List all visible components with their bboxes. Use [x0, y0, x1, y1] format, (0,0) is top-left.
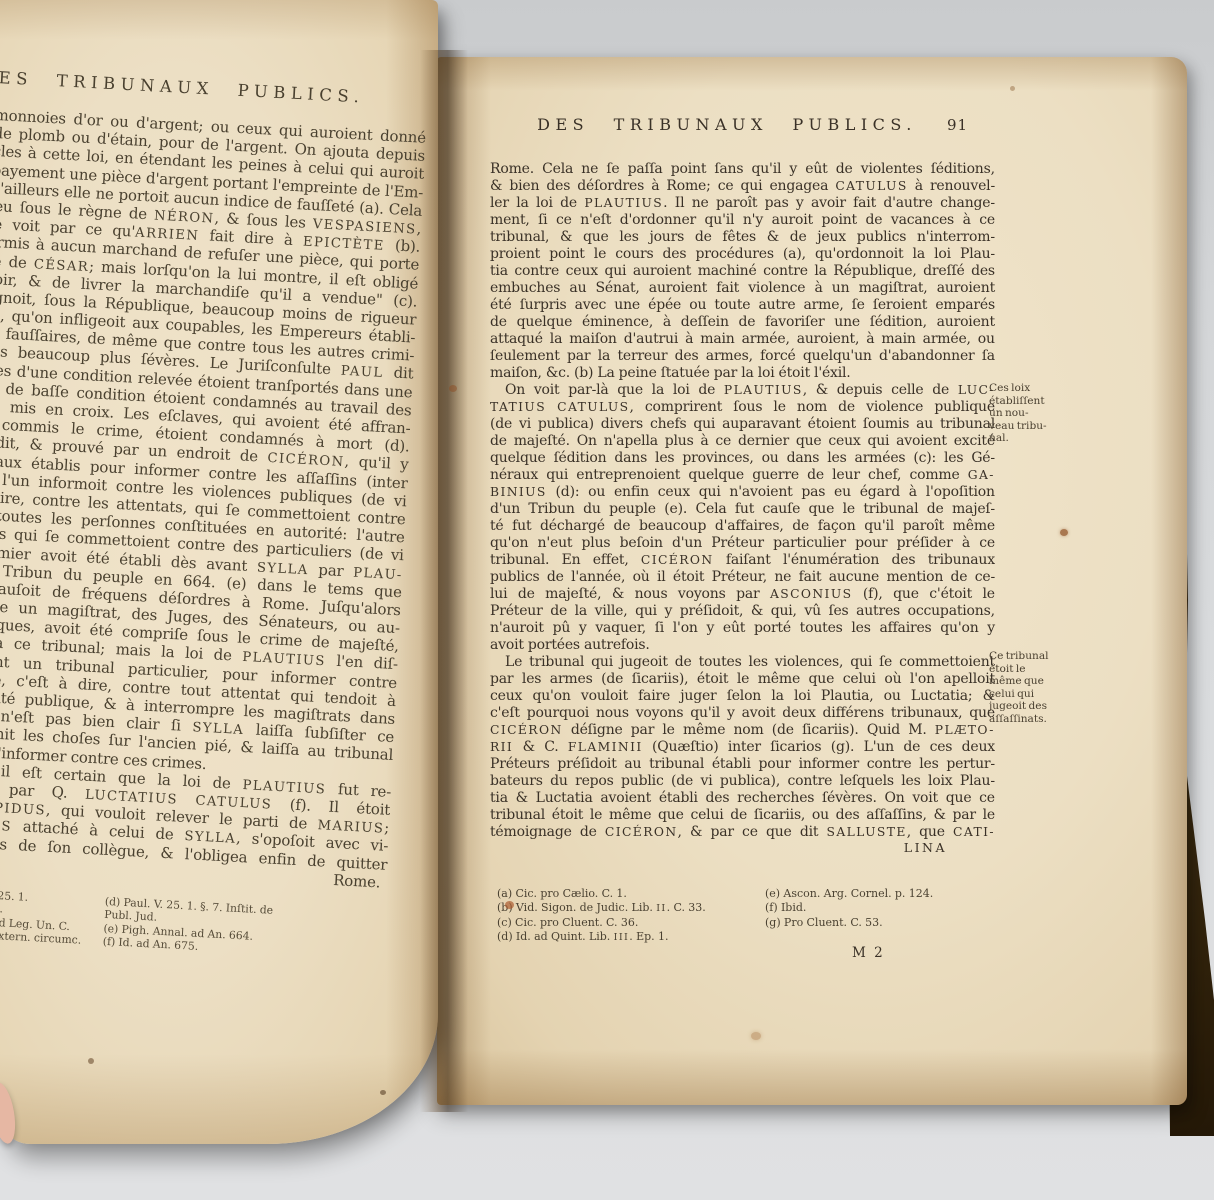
right-page: DES TRIBUNAUX PUBLICS. 91 Rome.Celaneſep…: [437, 57, 1187, 1105]
catchword: LINA: [490, 840, 995, 855]
running-header-right: DES TRIBUNAUX PUBLICS.: [537, 115, 917, 134]
right-page-body: Rome.Celaneſepaſſapointſansqu'ilyeûtdevi…: [490, 161, 995, 841]
margin-note-1: Cesloixétabliſſentunnou-veautribu-nal.: [989, 382, 1067, 445]
paragraph-1: Rome.Celaneſepaſſapointſansqu'ilyeûtdevi…: [490, 161, 995, 382]
paragraph-3: Letribunalquijugeoitdetouteslesviolences…: [490, 654, 995, 841]
right-footnotes-col1: (a)Cic.proCælio.C.1.(b)Vid.Sigon.deJudic…: [497, 887, 762, 945]
book-photo: ES TRIBUNAUX PUBLICS. monnoiesd'oroud'ar…: [0, 0, 1214, 1200]
right-footnotes-col2: (e)Ascon.Arg.Cornel.p.124.(f)Ibid.(g)Pro…: [765, 887, 995, 930]
left-footnotes-col2: (d)Paul.V.25.1.§.7.Inſtit.dePubl.Jud.(e)…: [102, 895, 384, 963]
margin-note-2: Cetribunalétoitlemêmequeceluiquijugeoitd…: [989, 650, 1067, 726]
left-page: ES TRIBUNAUX PUBLICS. monnoiesd'oroud'ar…: [0, 0, 438, 1144]
left-page-body-lines: monnoiesd'oroud'argent;ouceuxquiauroient…: [0, 106, 427, 892]
left-footnotes-col1: Sent.V.25.1.iſſ.III.3.FRED.adLeg.Un.C.d.…: [0, 887, 103, 948]
paragraph-2: Onvoitpar-làquelaloidePLAUTIUS,&depuisce…: [490, 382, 995, 654]
page-number: 91: [947, 116, 968, 134]
signature-mark: M 2: [852, 945, 885, 961]
running-header-left: ES TRIBUNAUX PUBLICS.: [0, 68, 413, 109]
left-page-text-block: ES TRIBUNAUX PUBLICS. monnoiesd'oroud'ar…: [0, 52, 431, 1124]
